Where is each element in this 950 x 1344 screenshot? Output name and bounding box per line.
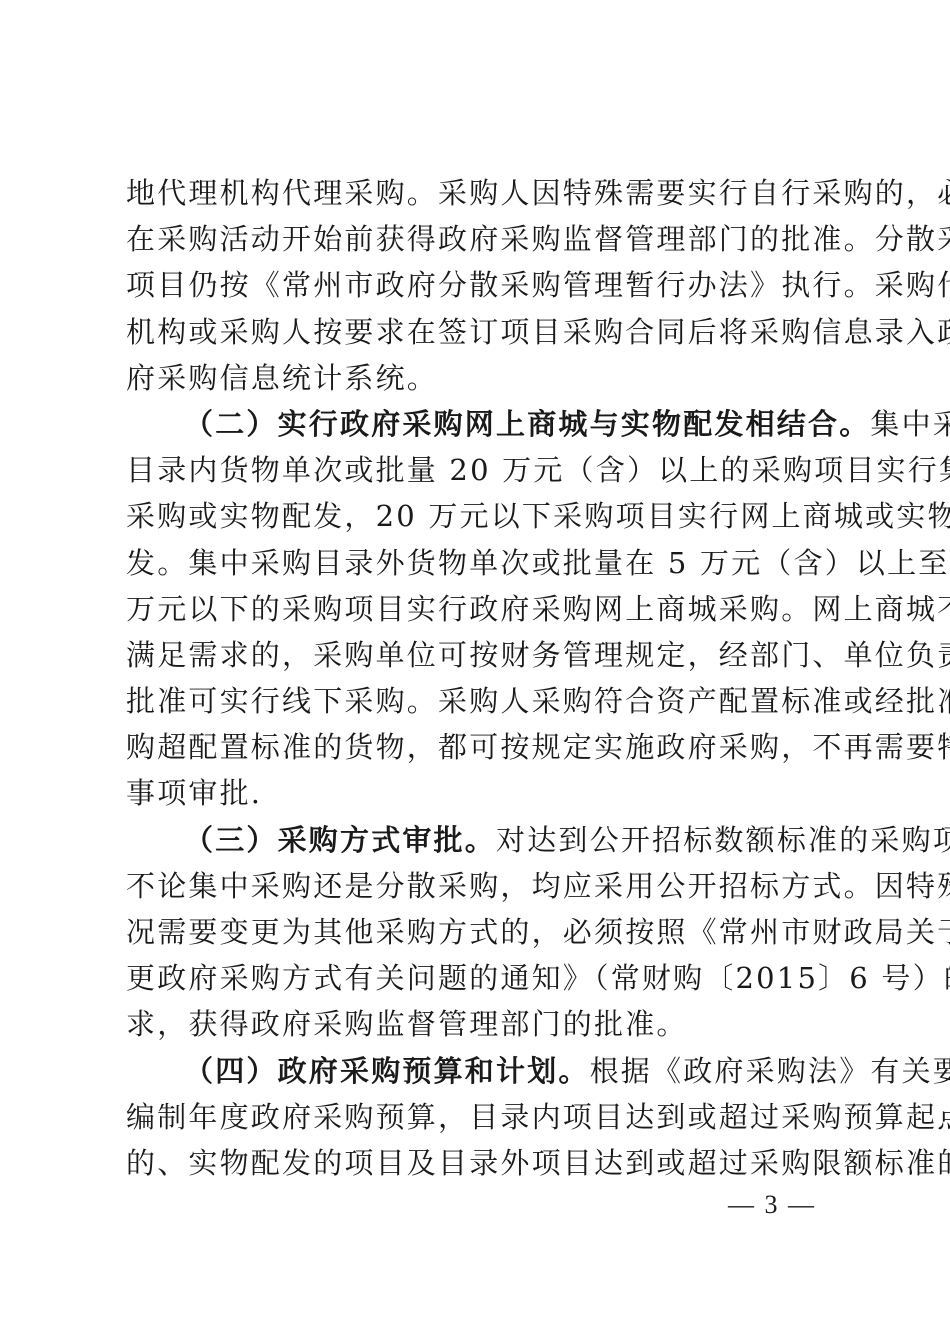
text-line: 批准可实行线下采购。采购人采购符合资产配置标准或经批准采 bbox=[126, 678, 830, 724]
text-line: 地代理机构代理采购。采购人因特殊需要实行自行采购的，必须 bbox=[126, 170, 830, 216]
text-line: （四）政府采购预算和计划。根据《政府采购法》有关要求， bbox=[126, 1048, 830, 1094]
text-line: 采购或实物配发，20 万元以下采购项目实行网上商城或实物配 bbox=[126, 493, 830, 539]
text-line: 更政府采购方式有关问题的通知》（常财购〔2015〕6 号）的要 bbox=[126, 955, 830, 1001]
text-line: 机构或采购人按要求在签订项目采购合同后将采购信息录入政 bbox=[126, 309, 830, 355]
section-heading: （四）政府采购预算和计划。 bbox=[184, 1054, 590, 1088]
text-line: 项目仍按《常州市政府分散采购管理暂行办法》执行。采购代理 bbox=[126, 262, 830, 308]
text-line: 不论集中采购还是分散采购，均应采用公开招标方式。因特殊情 bbox=[126, 863, 830, 909]
section-heading: （二）实行政府采购网上商城与实物配发相结合。 bbox=[184, 407, 870, 441]
document-body: 地代理机构代理采购。采购人因特殊需要实行自行采购的，必须 在采购活动开始前获得政… bbox=[126, 170, 830, 1186]
text-line: 府采购信息统计系统。 bbox=[126, 355, 830, 401]
text-run: 对达到公开招标数额标准的采购项目， bbox=[496, 823, 950, 857]
text-line: 目录内货物单次或批量 20 万元（含）以上的采购项目实行集中 bbox=[126, 447, 830, 493]
text-line: 的、实物配发的项目及目录外项目达到或超过采购限额标准的， bbox=[126, 1140, 830, 1186]
paragraph-section-2: （二）实行政府采购网上商城与实物配发相结合。集中采购 目录内货物单次或批量 20… bbox=[126, 401, 830, 817]
text-run: 集中采购 bbox=[870, 407, 950, 441]
text-run: 根据《政府采购法》有关要求， bbox=[590, 1054, 950, 1088]
text-line: （三）采购方式审批。对达到公开招标数额标准的采购项目， bbox=[126, 817, 830, 863]
text-line: 编制年度政府采购预算，目录内项目达到或超过采购预算起点 bbox=[126, 1094, 830, 1140]
paragraph-continuation: 地代理机构代理采购。采购人因特殊需要实行自行采购的，必须 在采购活动开始前获得政… bbox=[126, 170, 830, 401]
text-line: （二）实行政府采购网上商城与实物配发相结合。集中采购 bbox=[126, 401, 830, 447]
text-line: 事项审批. bbox=[126, 770, 830, 816]
text-line: 发。集中采购目录外货物单次或批量在 5 万元（含）以上至 30 bbox=[126, 540, 830, 586]
text-line: 在采购活动开始前获得政府采购监督管理部门的批准。分散采购 bbox=[126, 216, 830, 262]
page-number: — 3 — bbox=[728, 1190, 816, 1220]
text-line: 求，获得政府采购监督管理部门的批准。 bbox=[126, 1001, 830, 1047]
text-line: 万元以下的采购项目实行政府采购网上商城采购。网上商城不能 bbox=[126, 586, 830, 632]
text-line: 购超配置标准的货物，都可按规定实施政府采购，不再需要特殊 bbox=[126, 724, 830, 770]
text-line: 况需要变更为其他采购方式的，必须按照《常州市财政局关于变 bbox=[126, 909, 830, 955]
paragraph-section-3: （三）采购方式审批。对达到公开招标数额标准的采购项目， 不论集中采购还是分散采购… bbox=[126, 817, 830, 1048]
document-page: 地代理机构代理采购。采购人因特殊需要实行自行采购的，必须 在采购活动开始前获得政… bbox=[0, 0, 950, 1344]
paragraph-section-4: （四）政府采购预算和计划。根据《政府采购法》有关要求， 编制年度政府采购预算，目… bbox=[126, 1048, 830, 1187]
section-heading: （三）采购方式审批。 bbox=[184, 823, 496, 857]
text-line: 满足需求的，采购单位可按财务管理规定，经部门、单位负责人 bbox=[126, 632, 830, 678]
